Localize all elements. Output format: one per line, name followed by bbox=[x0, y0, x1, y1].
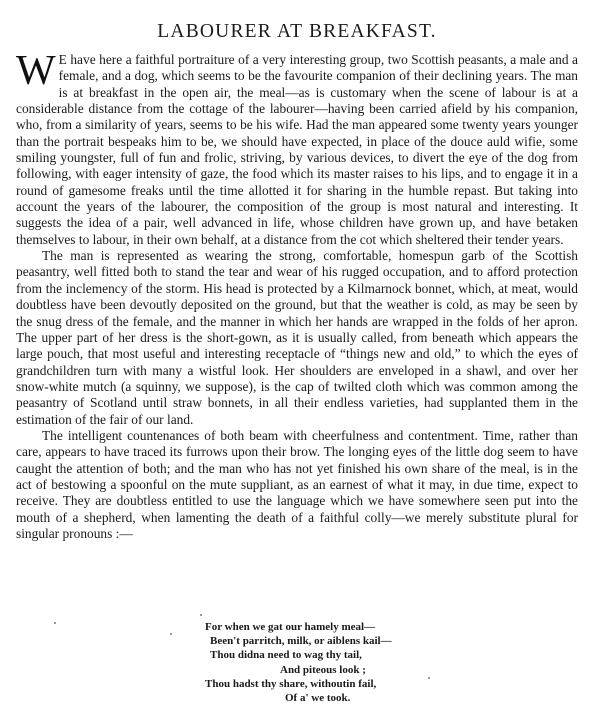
drop-cap-continuation: E bbox=[59, 52, 67, 67]
verse-line: Been't parritch, milk, or aiblens kail— bbox=[205, 634, 392, 648]
article-body: WE have here a faithful portraiture of a… bbox=[16, 52, 578, 542]
verse-line: Thou hadst thy share, withoutin fail, bbox=[205, 677, 392, 691]
verse-quote: For when we gat our hamely meal— Been't … bbox=[205, 620, 392, 705]
paragraph-3: The intelligent countenances of both bea… bbox=[16, 428, 578, 542]
verse-line: For when we gat our hamely meal— bbox=[205, 620, 392, 634]
verse-line: And piteous look ; bbox=[205, 663, 392, 677]
print-speck bbox=[428, 677, 430, 679]
page-title: LABOURER AT BREAKFAST. bbox=[0, 21, 594, 43]
print-speck bbox=[170, 633, 172, 635]
paragraph-2: The man is represented as wearing the st… bbox=[16, 248, 578, 428]
verse-line: Of a' we took. bbox=[205, 691, 392, 705]
paragraph-1-text: have here a faithful portraiture of a ve… bbox=[16, 52, 578, 247]
document-page: LABOURER AT BREAKFAST. WE have here a fa… bbox=[0, 0, 594, 707]
print-speck bbox=[200, 614, 202, 616]
drop-cap: W bbox=[16, 54, 56, 87]
paragraph-1: WE have here a faithful portraiture of a… bbox=[16, 52, 578, 248]
verse-line: Thou didna need to wag thy tail, bbox=[205, 648, 392, 662]
print-speck bbox=[54, 622, 56, 624]
